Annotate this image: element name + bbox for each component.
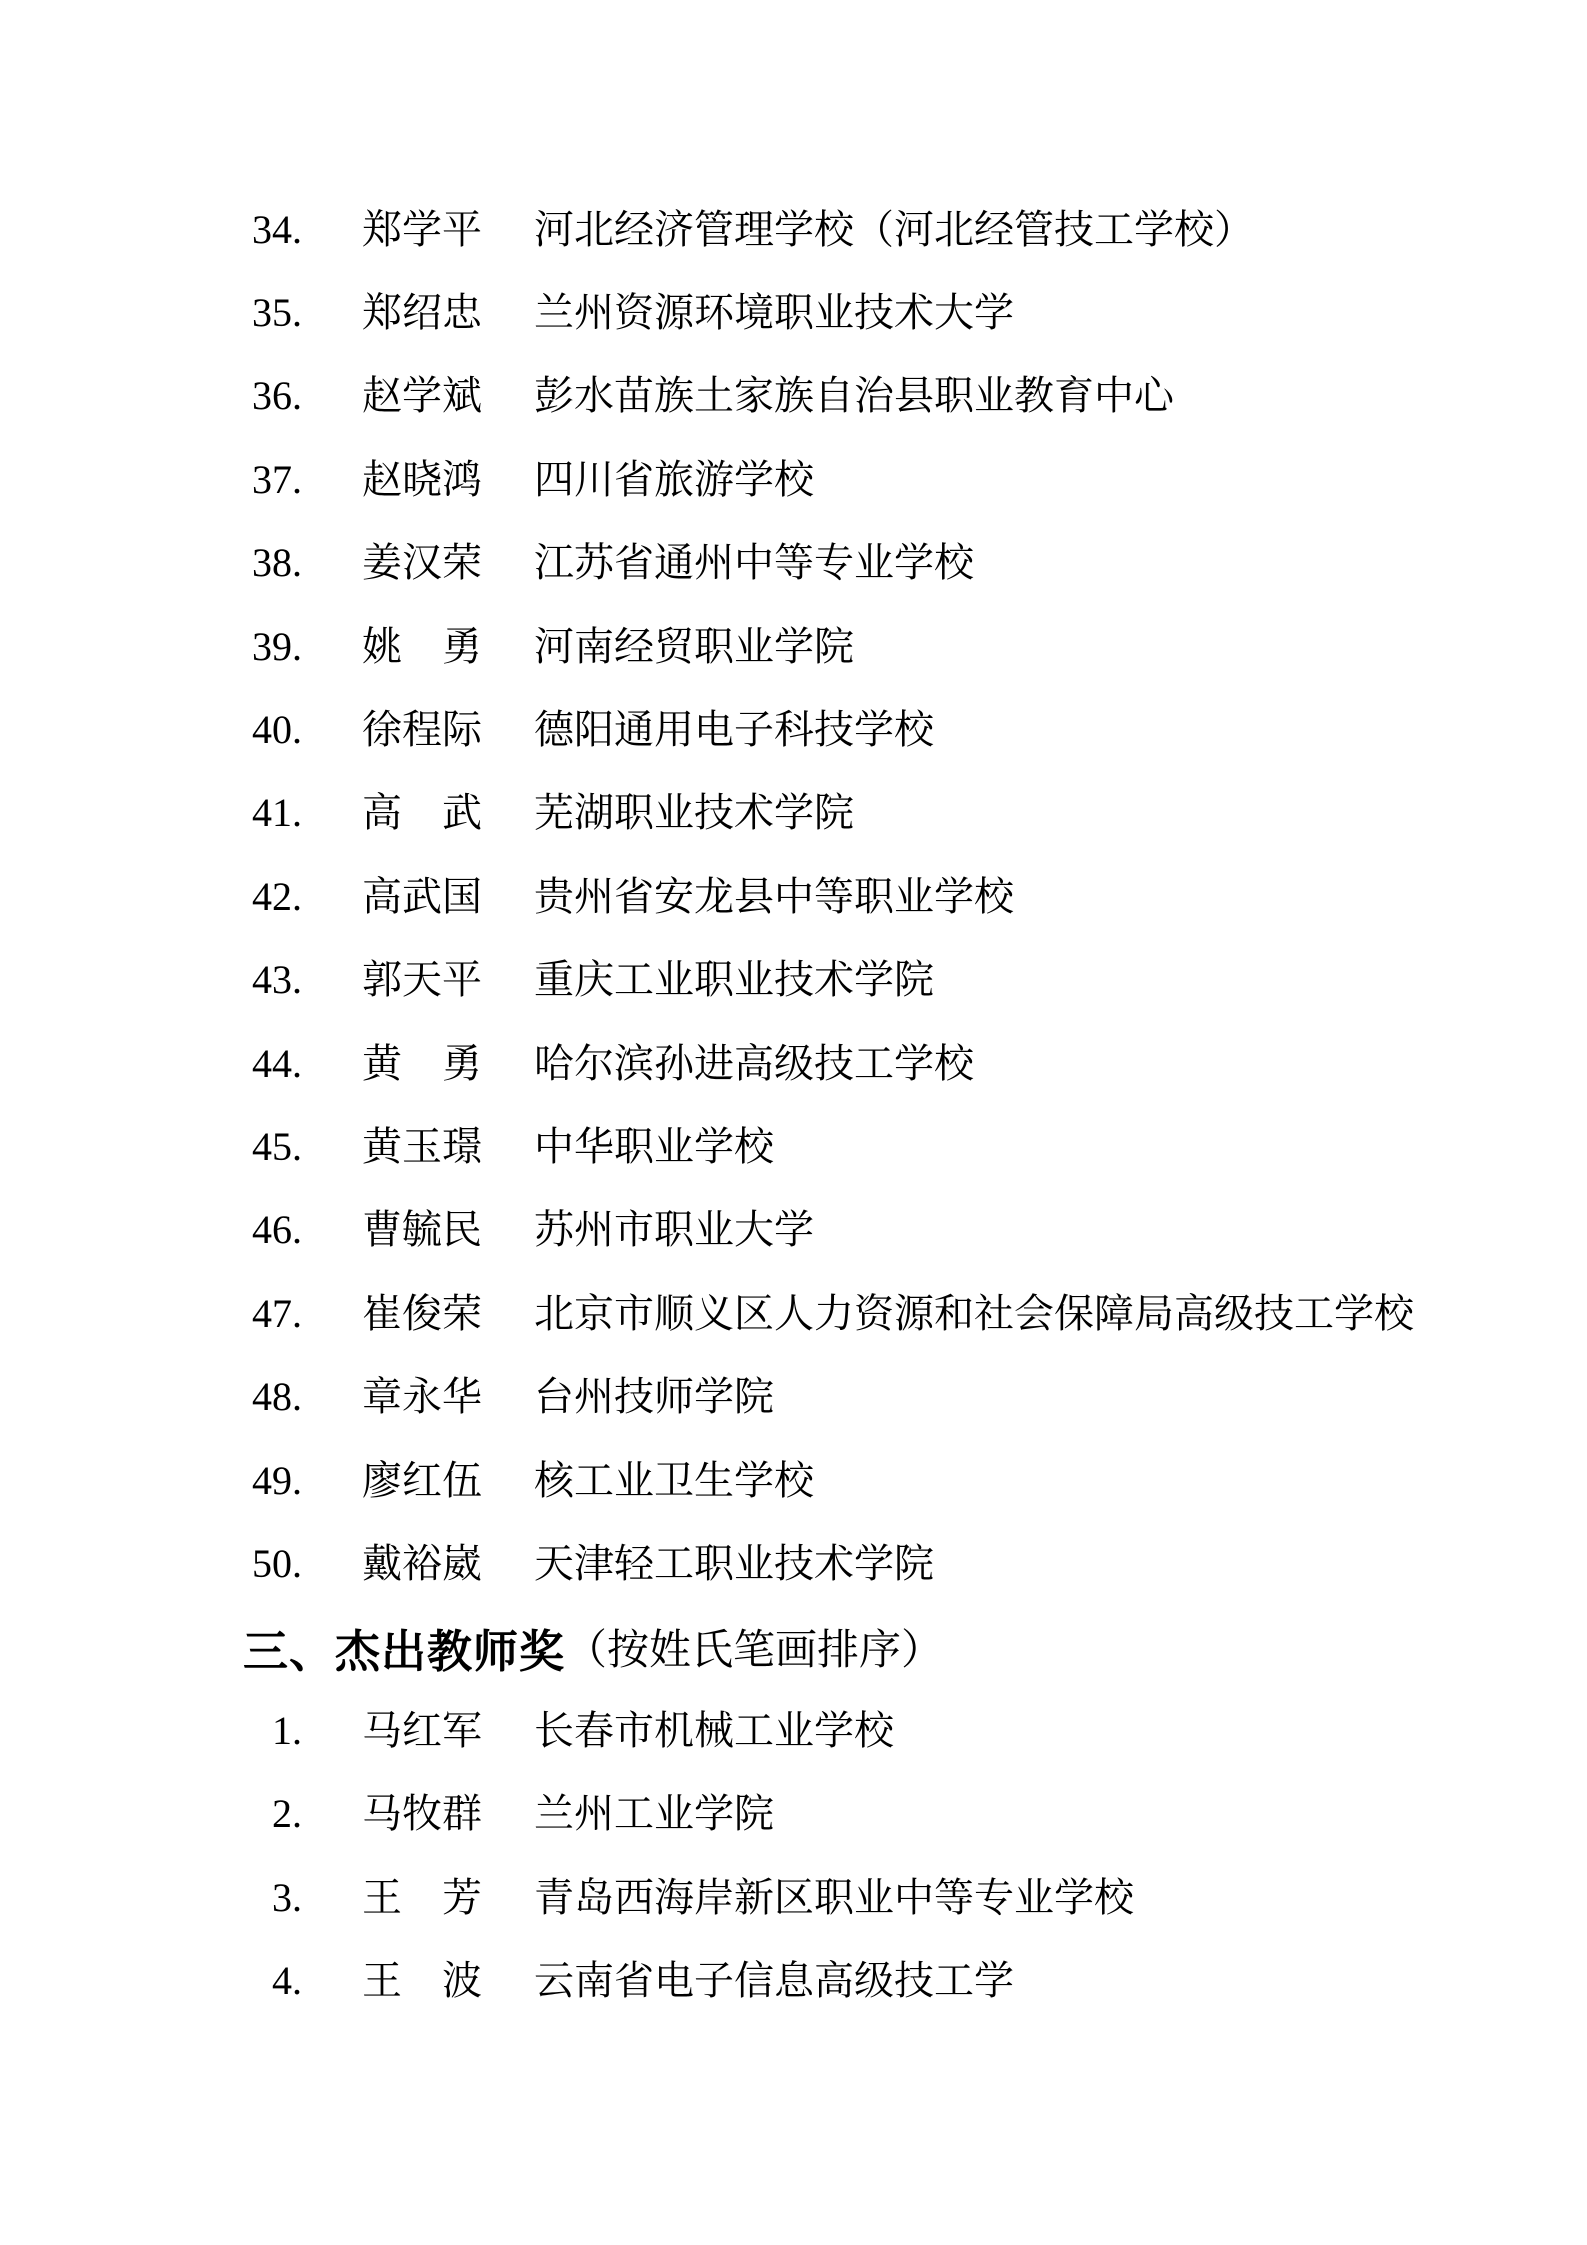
person-name: 曹毓民: [362, 1210, 488, 1250]
school-name: 彭水苗族土家族自治县职业教育中心: [534, 376, 1174, 416]
item-number: 40.: [190, 710, 302, 750]
school-name: 中华职业学校: [534, 1127, 774, 1167]
school-name: 长春市机械工业学校: [534, 1711, 894, 1751]
school-name: 台州技师学院: [534, 1377, 774, 1417]
person-name: 赵晓鸿: [362, 460, 488, 500]
list-item: 49. 廖红伍 核工业卫生学校: [0, 1439, 1587, 1522]
person-name: 姚 勇: [362, 627, 488, 667]
person-name: 郑学平: [362, 210, 488, 250]
school-name: 河南经贸职业学院: [534, 627, 854, 667]
item-number: 37.: [190, 460, 302, 500]
person-name: 王 波: [362, 1961, 488, 2001]
person-name: 赵学斌: [362, 376, 488, 416]
item-number: 35.: [190, 293, 302, 333]
list-item: 50. 戴裕崴 天津轻工职业技术学院: [0, 1522, 1587, 1605]
person-name: 马红军: [362, 1711, 488, 1751]
item-number: 43.: [190, 960, 302, 1000]
list-item: 42. 高武国 贵州省安龙县中等职业学校: [0, 855, 1587, 938]
school-name: 苏州市职业大学: [534, 1210, 814, 1250]
item-number: 50.: [190, 1544, 302, 1584]
item-number: 48.: [190, 1377, 302, 1417]
person-name: 黄 勇: [362, 1044, 488, 1084]
item-number: 1.: [190, 1711, 302, 1751]
list-item: 40. 徐程际 德阳通用电子科技学校: [0, 688, 1587, 771]
list-item: 1. 马红军 长春市机械工业学校: [0, 1689, 1587, 1772]
award-list-continued: 34. 郑学平 河北经济管理学校（河北经管技工学校） 35. 郑绍忠 兰州资源环…: [0, 188, 1587, 1606]
school-name: 重庆工业职业技术学院: [534, 960, 934, 1000]
person-name: 郭天平: [362, 960, 488, 1000]
person-name: 戴裕崴: [362, 1544, 488, 1584]
person-name: 廖红伍: [362, 1461, 488, 1501]
item-number: 34.: [190, 210, 302, 250]
item-number: 49.: [190, 1461, 302, 1501]
person-name: 马牧群: [362, 1794, 488, 1834]
item-number: 47.: [190, 1294, 302, 1334]
item-number: 3.: [190, 1878, 302, 1918]
person-name: 崔俊荣: [362, 1294, 488, 1334]
list-item: 43. 郭天平 重庆工业职业技术学院: [0, 939, 1587, 1022]
school-name: 哈尔滨孙进高级技工学校: [534, 1044, 974, 1084]
section-title: 三、杰出教师奖: [243, 1615, 565, 1680]
item-number: 42.: [190, 877, 302, 917]
list-item: 4. 王 波 云南省电子信息高级技工学: [0, 1939, 1587, 2022]
item-number: 41.: [190, 793, 302, 833]
school-name: 兰州工业学院: [534, 1794, 774, 1834]
school-name: 核工业卫生学校: [534, 1461, 814, 1501]
list-item: 34. 郑学平 河北经济管理学校（河北经管技工学校）: [0, 188, 1587, 271]
school-name: 天津轻工职业技术学院: [534, 1544, 934, 1584]
page-content: 34. 郑学平 河北经济管理学校（河北经管技工学校） 35. 郑绍忠 兰州资源环…: [0, 0, 1587, 2023]
item-number: 45.: [190, 1127, 302, 1167]
list-item: 39. 姚 勇 河南经贸职业学院: [0, 605, 1587, 688]
school-name: 兰州资源环境职业技术大学: [534, 293, 1014, 333]
item-number: 38.: [190, 543, 302, 583]
school-name: 四川省旅游学校: [534, 460, 814, 500]
outstanding-teacher-award-list: 1. 马红军 长春市机械工业学校 2. 马牧群 兰州工业学院 3. 王 芳 青岛…: [0, 1689, 1587, 2023]
list-item: 35. 郑绍忠 兰州资源环境职业技术大学: [0, 271, 1587, 354]
section-sort-note: （按姓氏笔画排序）: [565, 1617, 943, 1677]
person-name: 高 武: [362, 793, 488, 833]
list-item: 37. 赵晓鸿 四川省旅游学校: [0, 438, 1587, 521]
item-number: 36.: [190, 376, 302, 416]
list-item: 48. 章永华 台州技师学院: [0, 1355, 1587, 1438]
person-name: 徐程际: [362, 710, 488, 750]
person-name: 章永华: [362, 1377, 488, 1417]
section-heading: 三、杰出教师奖（按姓氏笔画排序）: [0, 1606, 1587, 1689]
school-name: 江苏省通州中等专业学校: [534, 543, 974, 583]
list-item: 2. 马牧群 兰州工业学院: [0, 1772, 1587, 1855]
item-number: 39.: [190, 627, 302, 667]
school-name: 德阳通用电子科技学校: [534, 710, 934, 750]
school-name: 芜湖职业技术学院: [534, 793, 854, 833]
school-name: 河北经济管理学校（河北经管技工学校）: [534, 210, 1254, 250]
person-name: 黄玉璟: [362, 1127, 488, 1167]
person-name: 王 芳: [362, 1878, 488, 1918]
school-name: 贵州省安龙县中等职业学校: [534, 877, 1014, 917]
person-name: 高武国: [362, 877, 488, 917]
list-item: 46. 曹毓民 苏州市职业大学: [0, 1189, 1587, 1272]
item-number: 2.: [190, 1794, 302, 1834]
list-item: 38. 姜汉荣 江苏省通州中等专业学校: [0, 522, 1587, 605]
document-page: 34. 郑学平 河北经济管理学校（河北经管技工学校） 35. 郑绍忠 兰州资源环…: [0, 0, 1587, 2245]
list-item: 47. 崔俊荣 北京市顺义区人力资源和社会保障局高级技工学校: [0, 1272, 1587, 1355]
list-item: 41. 高 武 芜湖职业技术学院: [0, 772, 1587, 855]
school-name: 青岛西海岸新区职业中等专业学校: [534, 1878, 1134, 1918]
item-number: 44.: [190, 1044, 302, 1084]
item-number: 46.: [190, 1210, 302, 1250]
person-name: 郑绍忠: [362, 293, 488, 333]
list-item: 3. 王 芳 青岛西海岸新区职业中等专业学校: [0, 1856, 1587, 1939]
person-name: 姜汉荣: [362, 543, 488, 583]
school-name: 北京市顺义区人力资源和社会保障局高级技工学校: [534, 1294, 1414, 1334]
school-name: 云南省电子信息高级技工学: [534, 1961, 1014, 2001]
list-item: 44. 黄 勇 哈尔滨孙进高级技工学校: [0, 1022, 1587, 1105]
list-item: 36. 赵学斌 彭水苗族土家族自治县职业教育中心: [0, 355, 1587, 438]
item-number: 4.: [190, 1961, 302, 2001]
list-item: 45. 黄玉璟 中华职业学校: [0, 1105, 1587, 1188]
